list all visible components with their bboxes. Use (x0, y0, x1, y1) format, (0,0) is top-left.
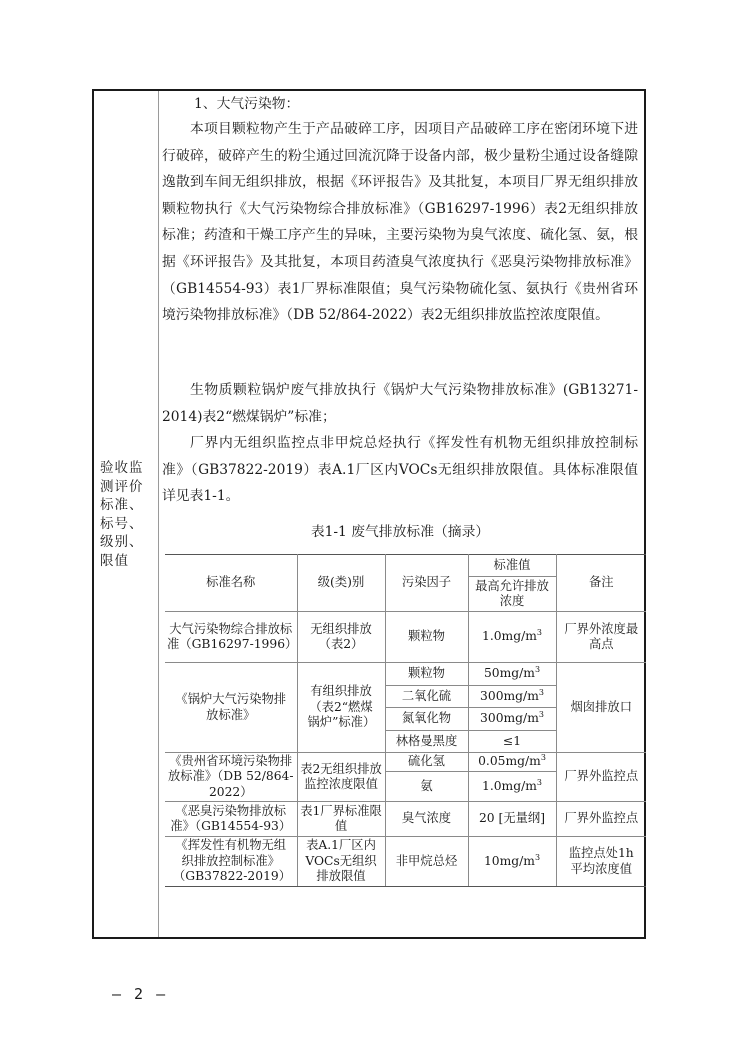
cell-category: 表A.1厂区内VOCs无组织排放限值 (297, 837, 385, 887)
header-standard-value: 标准值 (468, 555, 556, 577)
cell-remark: 烟囱排放口 (556, 663, 646, 753)
paragraph-boiler: 生物质颗粒锅炉废气排放执行《锅炉大气污染物排放标准》(GB13271-2014)… (162, 377, 638, 430)
table-row: 《恶臭污染物排放标准》（GB14554-93） 表1厂界标准限值 臭气浓度 20… (165, 802, 646, 837)
paragraph-particulates-odor: 本项目颗粒物产生于产品破碎工序，因项目产品破碎工序在密闭环境下进行破碎，破碎产生… (162, 116, 638, 329)
column-divider (158, 91, 159, 937)
cell-category: 有组织排放（表2“燃煤锅炉”标准） (297, 663, 385, 753)
cell-category: 表1厂界标准限值 (297, 802, 385, 837)
cell-standard-name: 《贵州省环境污染物排放标准》（DB 52/864-2022） (165, 753, 297, 802)
cell-pollutant: 颗粒物 (385, 612, 468, 663)
cell-value: ≤1 (468, 731, 556, 753)
cell-value: 1.0mg/m3 (468, 612, 556, 663)
cell-pollutant: 林格曼黑度 (385, 731, 468, 753)
cell-remark: 监控点处1h平均浓度值 (556, 837, 646, 887)
cell-pollutant: 硫化氢 (385, 753, 468, 772)
cell-standard-name: 《恶臭污染物排放标准》（GB14554-93） (165, 802, 297, 837)
table-row: 《挥发性有机物无组织排放控制标准》（GB37822-2019） 表A.1厂区内V… (165, 837, 646, 887)
cell-pollutant: 氮氧化物 (385, 708, 468, 731)
header-pollutant: 污染因子 (385, 555, 468, 612)
header-max-concentration: 最高允许排放浓度 (468, 577, 556, 612)
cell-remark: 厂界外监控点 (556, 802, 646, 837)
cell-standard-name: 《锅炉大气污染物排放标准》 (165, 663, 297, 753)
cell-remark: 厂界外监控点 (556, 753, 646, 802)
header-category: 级(类)别 (297, 555, 385, 612)
row-label: 验收监测评价标准、标号、级别、限值 (100, 459, 154, 570)
page-number: — 2 — (112, 985, 167, 1003)
section-heading: 1、大气污染物： (194, 91, 299, 117)
cell-value: 0.05mg/m3 (468, 753, 556, 772)
table-row: 《贵州省环境污染物排放标准》（DB 52/864-2022） 表2无组织排放监控… (165, 753, 646, 772)
cell-standard-name: 大气污染物综合排放标准（GB16297-1996） (165, 612, 297, 663)
cell-pollutant: 颗粒物 (385, 663, 468, 686)
cell-pollutant: 氨 (385, 772, 468, 802)
cell-value: 50mg/m3 (468, 663, 556, 686)
paragraph-vocs: 厂界内无组织监控点非甲烷总烃执行《挥发性有机物无组织排放控制标准》（GB3782… (162, 430, 638, 510)
cell-value: 10mg/m3 (468, 837, 556, 887)
cell-category: 无组织排放（表2） (297, 612, 385, 663)
cell-remark: 厂界外浓度最高点 (556, 612, 646, 663)
cell-pollutant: 非甲烷总烃 (385, 837, 468, 887)
table-caption: 表1-1 废气排放标准（摘录） (162, 522, 638, 542)
cell-value: 1.0mg/m3 (468, 772, 556, 802)
header-standard-name: 标准名称 (165, 555, 297, 612)
table-row: 大气污染物综合排放标准（GB16297-1996） 无组织排放（表2） 颗粒物 … (165, 612, 646, 663)
table-row: 《锅炉大气污染物排放标准》 有组织排放（表2“燃煤锅炉”标准） 颗粒物 50mg… (165, 663, 646, 686)
cell-value: 300mg/m3 (468, 686, 556, 708)
cell-pollutant: 二氧化硫 (385, 686, 468, 708)
document-frame: 验收监测评价标准、标号、级别、限值 1、大气污染物： 本项目颗粒物产生于产品破碎… (92, 89, 646, 939)
cell-value: 300mg/m3 (468, 708, 556, 731)
emission-standards-table: 标准名称 级(类)别 污染因子 标准值 备注 最高允许排放浓度 大气污染物综合排… (165, 554, 646, 887)
cell-value: 20 [无量纲] (468, 802, 556, 837)
cell-category: 表2无组织排放监控浓度限值 (297, 753, 385, 802)
cell-standard-name: 《挥发性有机物无组织排放控制标准》（GB37822-2019） (165, 837, 297, 887)
header-remark: 备注 (556, 555, 646, 612)
cell-pollutant: 臭气浓度 (385, 802, 468, 837)
